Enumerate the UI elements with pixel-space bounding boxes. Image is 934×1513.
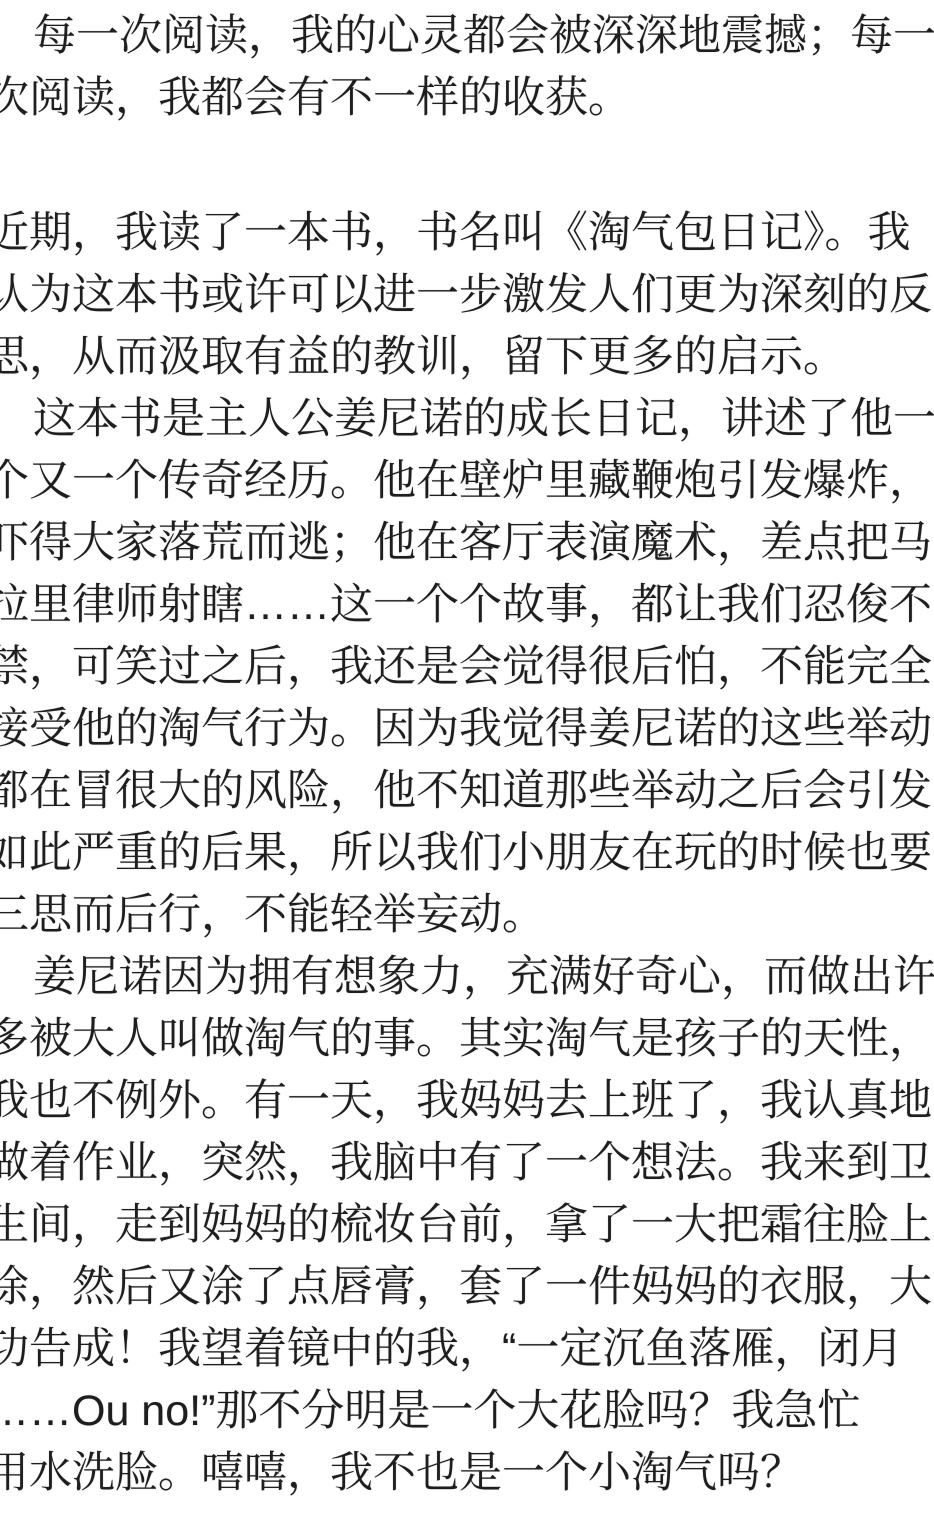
document-text: 每一次阅读，我的心灵都会被深深地震撼；每一次阅读，我都会有不一样的收获。近期，我… [0,5,934,1504]
text-line: 接受他的淘气行为。因为我觉得姜尼诺的这些举动 [0,698,934,760]
text-line: ……Ou no!”那不分明是一个大花脸吗？我急忙 [0,1380,934,1442]
text-line: 吓得大家落荒而逃；他在客厅表演魔术，差点把马 [0,512,934,574]
text-line: 思，从而汲取有益的教训，留下更多的启示。 [0,326,934,388]
text-line: 用水洗脸。嘻嘻，我不也是一个小淘气吗？ [0,1442,934,1504]
text-line: 次阅读，我都会有不一样的收获。 [0,67,934,129]
text-line: 都在冒很大的风险，他不知道那些举动之后会引发 [0,760,934,822]
text-line: 如此严重的后果，所以我们小朋友在玩的时候也要 [0,822,934,884]
paragraph: 姜尼诺因为拥有想象力，充满好奇心，而做出许多被大人叫做淘气的事。其实淘气是孩子的… [0,946,934,1504]
reader-page: { "page": { "width_px": 934, "height_px"… [0,0,934,1513]
text-line: 多被大人叫做淘气的事。其实淘气是孩子的天性， [0,1008,934,1070]
text-line: 我也不例外。有一天，我妈妈去上班了，我认真地 [0,1070,934,1132]
text-line: 近期，我读了一本书，书名叫《淘气包日记》。我 [0,202,934,264]
paragraph: 这本书是主人公姜尼诺的成长日记，讲述了他一个又一个传奇经历。他在壁炉里藏鞭炮引发… [0,388,934,946]
text-line: 个又一个传奇经历。他在壁炉里藏鞭炮引发爆炸， [0,450,934,512]
text-line: 这本书是主人公姜尼诺的成长日记，讲述了他一 [0,388,934,450]
text-line: 涂，然后又涂了点唇膏，套了一件妈妈的衣服，大 [0,1256,934,1318]
text-line: 每一次阅读，我的心灵都会被深深地震撼；每一 [0,5,934,67]
paragraph: 近期，我读了一本书，书名叫《淘气包日记》。我认为这本书或许可以进一步激发人们更为… [0,202,934,388]
text-line: 拉里律师射瞎……这一个个故事，都让我们忍俊不 [0,574,934,636]
text-line: 生间，走到妈妈的梳妆台前，拿了一大把霜往脸上 [0,1194,934,1256]
paragraph: 每一次阅读，我的心灵都会被深深地震撼；每一次阅读，我都会有不一样的收获。 [0,5,934,129]
text-line: 功告成！我望着镜中的我，“一定沉鱼落雁，闭月 [0,1318,934,1380]
text-line: 做着作业，突然，我脑中有了一个想法。我来到卫 [0,1132,934,1194]
text-line: 认为这本书或许可以进一步激发人们更为深刻的反 [0,264,934,326]
text-line: 姜尼诺因为拥有想象力，充满好奇心，而做出许 [0,946,934,1008]
text-line: 三思而后行，不能轻举妄动。 [0,884,934,946]
text-line: 禁，可笑过之后，我还是会觉得很后怕，不能完全 [0,636,934,698]
